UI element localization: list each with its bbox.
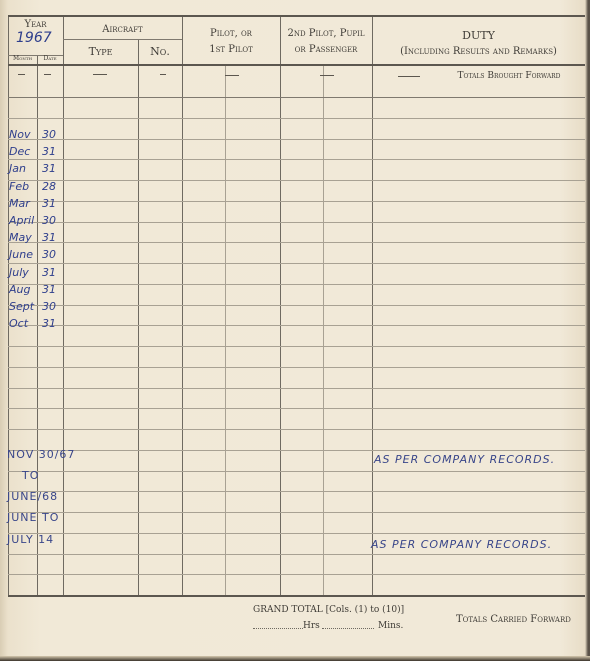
table-row-line (8, 159, 585, 160)
dash-duty (398, 76, 420, 77)
entry-month: Jan (9, 162, 26, 175)
entry-month: Oct (9, 317, 28, 330)
mins-label: Mins. (378, 621, 403, 631)
remark-1: AS PER COMPANY RECORDS. (374, 453, 555, 466)
entry-month: April (9, 214, 34, 227)
entry-month: Aug (9, 283, 30, 296)
second-pilot-label-2: or Passenger (280, 42, 372, 58)
grand-total-label: GRAND TOTAL [Cols. (1) to (10)] (253, 605, 404, 615)
table-row-line (8, 533, 585, 534)
range1-line3: JUNE/68 (7, 490, 58, 503)
dash-no (160, 74, 166, 75)
entry-date: 31 (42, 145, 56, 158)
hrs-dots (253, 628, 303, 629)
range2-line1: JUNE TO (7, 511, 59, 524)
pilot-label-1: Pilot, or (182, 26, 280, 42)
month-label: Month (8, 54, 37, 64)
entry-date: 31 (42, 231, 56, 244)
entry-month: June (9, 248, 33, 261)
aircraft-divider (63, 39, 182, 40)
dash-date (44, 74, 51, 75)
table-row-line (8, 367, 585, 368)
date-label: Date (37, 54, 63, 64)
table-row-line (8, 408, 585, 409)
pilot-label-2: 1st Pilot (182, 42, 280, 58)
table-row-line (8, 263, 585, 264)
entry-date: 31 (42, 283, 56, 296)
entry-date: 31 (42, 317, 56, 330)
dash-type (93, 74, 107, 75)
table-row-line (8, 491, 585, 492)
mins-dots (322, 628, 374, 629)
table-row-line (8, 450, 585, 451)
entry-date: 28 (42, 180, 56, 193)
entry-date: 31 (42, 266, 56, 279)
logbook-page: Year 1967 Month Date Aircraft Type No. P… (0, 0, 590, 661)
header-top-line (8, 15, 585, 17)
second-pilot-label-1: 2nd Pilot, Pupil (280, 26, 372, 42)
entry-date: 31 (42, 162, 56, 175)
entry-month: Dec (9, 145, 30, 158)
table-row-line (8, 574, 585, 575)
dash-pilot (225, 75, 239, 76)
table-row-line (8, 118, 585, 119)
table-row-line (8, 180, 585, 181)
entry-date: 30 (42, 300, 56, 313)
table-row-line (8, 284, 585, 285)
col-line-2nd-sub (323, 64, 324, 595)
duty-label: DUTY (372, 28, 585, 44)
entry-date: 30 (42, 248, 56, 261)
hrs-label: Hrs (303, 621, 320, 631)
header-bottom-line (8, 64, 585, 66)
table-row-line (8, 242, 585, 243)
page-edge-shadow (0, 656, 590, 661)
table-row-line (8, 346, 585, 347)
totals-carried-forward: Totals Carried Forward (456, 614, 571, 625)
entry-month: Feb (9, 180, 29, 193)
duty-sub-label: (Including Results and Remarks) (372, 44, 585, 60)
entry-month: Sept (9, 300, 34, 313)
entry-date: 30 (42, 128, 56, 141)
entry-month: Nov (9, 128, 30, 141)
table-row-line (8, 471, 585, 472)
aircraft-label: Aircraft (63, 22, 182, 38)
year-value: 1967 (16, 30, 52, 46)
remark-2: AS PER COMPANY RECORDS. (371, 538, 552, 551)
table-row-line (8, 325, 585, 326)
table-bottom-line (8, 595, 585, 597)
table-row-line (8, 201, 585, 202)
entry-month: May (9, 231, 32, 244)
table-row-line (8, 305, 585, 306)
table-row-line (8, 388, 585, 389)
entry-month: July (9, 266, 29, 279)
table-row-line (8, 222, 585, 223)
type-label: Type (63, 44, 138, 60)
entry-date: 31 (42, 197, 56, 210)
dash-month (18, 74, 25, 75)
table-row-line (8, 512, 585, 513)
range2-line2: JULY 14 (7, 533, 54, 546)
range1-line2: TO (22, 469, 39, 482)
entry-month: Mar (9, 197, 30, 210)
table-row-line (8, 139, 585, 140)
entry-date: 30 (42, 214, 56, 227)
col-line-pilot-sub (225, 64, 226, 595)
range1-line1: NOV 30/67 (7, 448, 75, 461)
no-label: No. (138, 44, 182, 60)
table-row-line (8, 429, 585, 430)
totals-brought-line (8, 97, 585, 98)
table-row-line (8, 554, 585, 555)
dash-second-pilot (320, 75, 334, 76)
totals-brought-forward: Totals Brought Forward (436, 68, 582, 84)
